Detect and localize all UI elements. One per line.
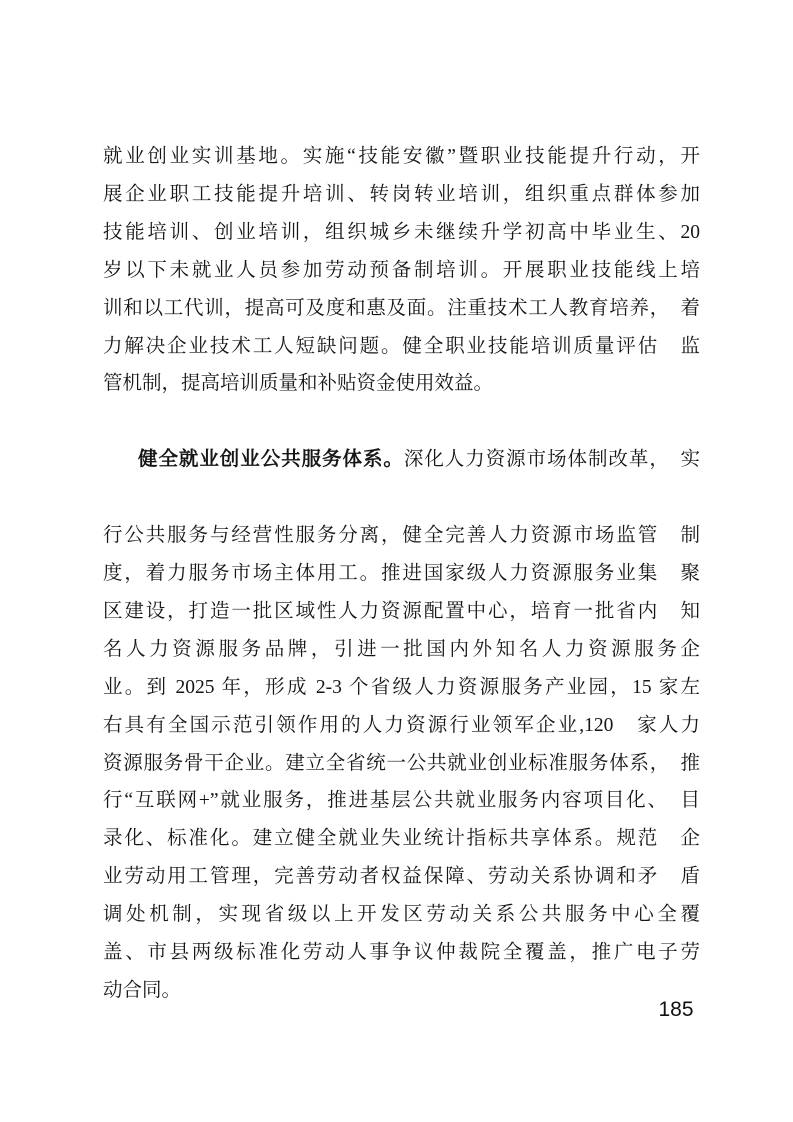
text-run: 深化人力资源市场体制改革， 实 — [404, 449, 700, 470]
text-line: 录化、标准化。建立健全就业失业统计指标共享体系。规范 企 — [103, 820, 700, 858]
text-line: 技能培训、创业培训，组织城乡未继续升学初高中毕业生、20 — [103, 214, 700, 252]
text-line: 业。到 2025 年，形成 2-3 个省级人力资源服务产业园，15 家左 — [103, 669, 700, 707]
section-heading: 健全就业创业公共服务体系。 — [138, 449, 404, 470]
text-line: 右具有全国示范引领作用的人力资源行业领军企业,120 家人力 — [103, 707, 700, 745]
paragraph-first-line: 健全就业创业公共服务体系。深化人力资源市场体制改革， 实 — [103, 403, 700, 517]
paragraph-end-line: 动合同。 — [103, 972, 700, 1010]
paragraph-end-line: 管机制，提高培训质量和补贴资金使用效益。 — [103, 365, 700, 403]
document-page: 就业创业实训基地。实施“技能安徽”暨职业技能提升行动，开 展企业职工技能提升培训… — [0, 0, 793, 1122]
text-line: 资源服务骨干企业。建立全省统一公共就业创业标准服务体系， 推 — [103, 745, 700, 783]
text-line: 就业创业实训基地。实施“技能安徽”暨职业技能提升行动，开 — [103, 138, 700, 176]
text-line: 行“互联网+”就业服务，推进基层公共就业服务内容项目化、 目 — [103, 782, 700, 820]
text-line: 名人力资源服务品牌，引进一批国内外知名人力资源服务企 — [103, 631, 700, 669]
text-line: 训和以工代训，提高可及度和惠及面。注重技术工人教育培养， 着 — [103, 290, 700, 328]
text-line: 盖、市县两级标准化劳动人事争议仲裁院全覆盖，推广电子劳 — [103, 934, 700, 972]
text-line: 行公共服务与经营性服务分离，健全完善人力资源市场监管 制 — [103, 517, 700, 555]
document-body: 就业创业实训基地。实施“技能安徽”暨职业技能提升行动，开 展企业职工技能提升培训… — [103, 138, 700, 1010]
text-line: 调处机制，实现省级以上开发区劳动关系公共服务中心全覆 — [103, 896, 700, 934]
text-line: 区建设，打造一批区域性人力资源配置中心，培育一批省内 知 — [103, 593, 700, 631]
page-number: 185 — [656, 998, 696, 1022]
text-line: 展企业职工技能提升培训、转岗转业培训，组织重点群体参加 — [103, 176, 700, 214]
text-line: 岁以下未就业人员参加劳动预备制培训。开展职业技能线上培 — [103, 252, 700, 290]
text-line: 业劳动用工管理，完善劳动者权益保障、劳动关系协调和矛 盾 — [103, 858, 700, 896]
text-line: 力解决企业技术工人短缺问题。健全职业技能培训质量评估 监 — [103, 328, 700, 366]
text-line: 度，着力服务市场主体用工。推进国家级人力资源服务业集 聚 — [103, 555, 700, 593]
